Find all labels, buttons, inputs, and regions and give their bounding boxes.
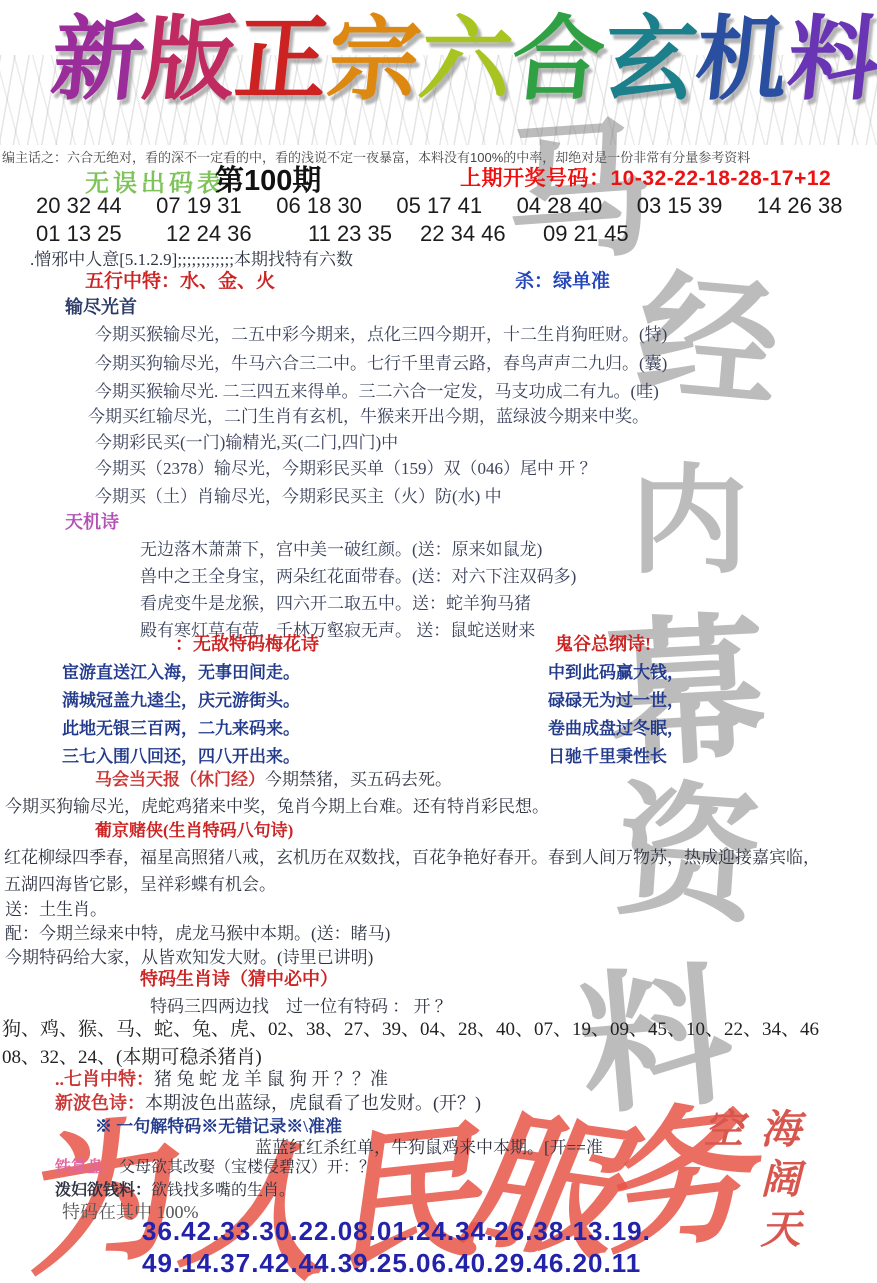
meihua-line: 宦游直送江入海，无事田间走。: [62, 658, 300, 683]
guigu-line: 日驰千里秉性长: [548, 742, 667, 767]
tianji-line: 兽中之王全身宝，两朵红花面带春。(送：对六下注双码多): [140, 562, 576, 587]
sjg-line: 今期买（2378）输尽光，今期彩民买单（159）双（046）尾中 开 ？: [95, 454, 597, 479]
tiesuan-line: 铁算盘：父母欲其改娶（宝楼侵碧汉）开：？: [55, 1154, 375, 1177]
meihua-line: 满城冠盖九逵尘，庆元游街头。: [62, 686, 300, 711]
sjg-heading: 输尽光首: [65, 293, 137, 319]
pujing-line: 红花柳绿四季春，福星高照猪八戒，玄机历在双数找，百花争艳好春开。春到人间万物苏，…: [4, 843, 820, 868]
code-group: 04 28 40: [517, 193, 637, 219]
page-title: 新 版 正 宗 六 合 玄 机 料: [52, 0, 854, 142]
pei-line: 配：今期兰绿来中特，虎龙马猴中本期。(送：睹马): [5, 919, 390, 944]
meihua-heading: ：无敌特码梅花诗: [175, 630, 319, 656]
title-char: 六: [414, 0, 519, 120]
meihua-line: 三七入围八回还，四八开出来。: [62, 742, 300, 767]
kill-hint: 杀：绿单准: [515, 266, 610, 293]
code-group: 07 19 31: [156, 193, 276, 219]
tema-sx-heading: 特码生肖诗（猜中必中）: [140, 965, 338, 991]
mahui-text: 今期禁猪，买五码去死。: [265, 770, 452, 789]
meihua-line: 此地无银三百两，二九来码来。: [62, 714, 300, 739]
goudog-line: 今期买狗输尽光，虎蛇鸡猪来中奖，兔肖今期上台难。还有特肖彩民想。: [5, 792, 549, 817]
last-draw-numbers: 10-32-22-18-28-17+12: [611, 167, 832, 190]
code-group: 12 24 36: [166, 221, 308, 247]
watermark-gray-char: 内: [630, 462, 748, 580]
last-draw-label: 上期开奖号码：: [460, 167, 611, 190]
tianji-line: 看虎变牛是龙猴，四六开二取五中。送：蛇羊狗马猪: [140, 589, 531, 614]
qixiao-text: 猪 兔 蛇 龙 羊 鼠 狗 开 ？？准: [154, 1069, 388, 1089]
guigu-line: 碌碌无为过一世，: [548, 686, 684, 711]
code-group: 05 17 41: [396, 193, 516, 219]
qixiao-line: ..七肖中特：猪 兔 蛇 龙 羊 鼠 狗 开 ？？准: [55, 1065, 388, 1091]
code-group: 20 32 44: [36, 193, 156, 219]
sjg-line: 今期买红输尽光，二门生肖有玄机，牛猴来开出今期，蓝绿波今期来中奖。: [88, 402, 649, 427]
big-number-line: 49.14.37.42.44.39.25.06.40.29.46.20.11: [142, 1248, 641, 1279]
animal-numbers-line: 狗、鸡、猴、马、蛇、兔、虎、02、38、27、39、04、28、40、07、19…: [2, 1014, 819, 1041]
xinbose-text: 本期波色出蓝绿，虎鼠看了也发财。(开？): [145, 1093, 481, 1113]
code-group: 14 26 38: [757, 193, 877, 219]
code-group: 06 18 30: [276, 193, 396, 219]
title-char: 机: [690, 0, 795, 120]
guigu-line: 中到此码赢大钱，: [548, 658, 684, 683]
mahui-label: 马会当天报（休门经）: [95, 770, 265, 789]
tiesuan-label: 铁算盘：: [55, 1159, 119, 1176]
qixiao-label: ..七肖中特：: [55, 1069, 154, 1089]
watermark-sky-motto: 海阔天空: [692, 1108, 806, 1283]
title-char: 新: [46, 0, 151, 120]
code-group: 03 15 39: [637, 193, 757, 219]
tiesuan-text: 父母欲其改娶（宝楼侵碧汉）开：？: [119, 1159, 375, 1176]
title-char: 版: [138, 0, 243, 120]
tianji-line: 无边落木萧萧下，宫中美一破红颜。(送：原来如鼠龙): [140, 535, 542, 560]
pofu-line: 泼妇欲钱料：欲钱找多嘴的生肖。: [55, 1177, 295, 1200]
pofu-text: 欲钱找多嘴的生肖。: [151, 1182, 295, 1199]
code-group: 22 34 46: [420, 221, 543, 247]
song-line: 送：土生肖。: [5, 895, 107, 920]
sjg-line: 今期买猴输尽光. 二三四五来得单。三二六合一定发，马支功成二有九。(哇): [95, 377, 659, 402]
sjg-line: 今期买（土）肖输尽光，今期彩民买主（火）防(水) 中: [95, 482, 502, 507]
pofu-label: 泼妇欲钱料：: [55, 1182, 151, 1199]
big-number-line: 36.42.33.30.22.08.01.24.34.26.38.13.19.: [142, 1216, 651, 1247]
code-group: 11 23 35: [308, 221, 420, 247]
code-group: 01 13 25: [36, 221, 166, 247]
xinbose-label: 新波色诗：: [55, 1093, 145, 1113]
sjg-line: 今期买猴输尽光，二五中彩今期来，点化三四今期开，十二生肖狗旺财。(特): [95, 320, 667, 345]
last-draw-result: 上期开奖号码：10-32-22-18-28-17+12: [460, 162, 831, 192]
code-table-row-1: 20 32 44 07 19 31 06 18 30 05 17 41 04 2…: [36, 193, 877, 219]
guigu-heading: 鬼谷总纲诗!: [555, 630, 651, 656]
title-char: 料: [782, 0, 877, 120]
pujing-line: 五湖四海皆它影，呈祥彩蝶有机会。: [4, 870, 276, 895]
lottery-tip-sheet: 马 经 内 幕 资 料 为 人 民 服 务 海阔天空 新 版 正 宗 六 合 玄…: [0, 0, 877, 1283]
mahui-line: 马会当天报（休门经）今期禁猪，买五码去死。: [95, 765, 452, 790]
title-char: 宗: [322, 0, 427, 120]
title-char: 合: [506, 0, 611, 120]
pujing-heading: 葡京赌侠(生肖特码八句诗): [95, 816, 293, 841]
sjg-line: 今期买狗输尽光，牛马六合三二中。七行千里青云路，春鸟声声二九归。(囊): [95, 349, 667, 374]
title-char: 玄: [598, 0, 703, 120]
code-group: 09 21 45: [543, 221, 877, 247]
code-table-row-2: 01 13 25 12 24 36 11 23 35 22 34 46 09 2…: [36, 221, 877, 247]
title-char: 正: [230, 0, 335, 120]
tianji-heading: 天机诗: [65, 508, 119, 534]
five-elements: 五行中特：水、金、火: [85, 266, 275, 293]
sjg-line: 今期彩民买(一门)输精光,买(二门,四门)中: [95, 428, 398, 453]
guigu-line: 卷曲成盘过冬眠，: [548, 714, 684, 739]
